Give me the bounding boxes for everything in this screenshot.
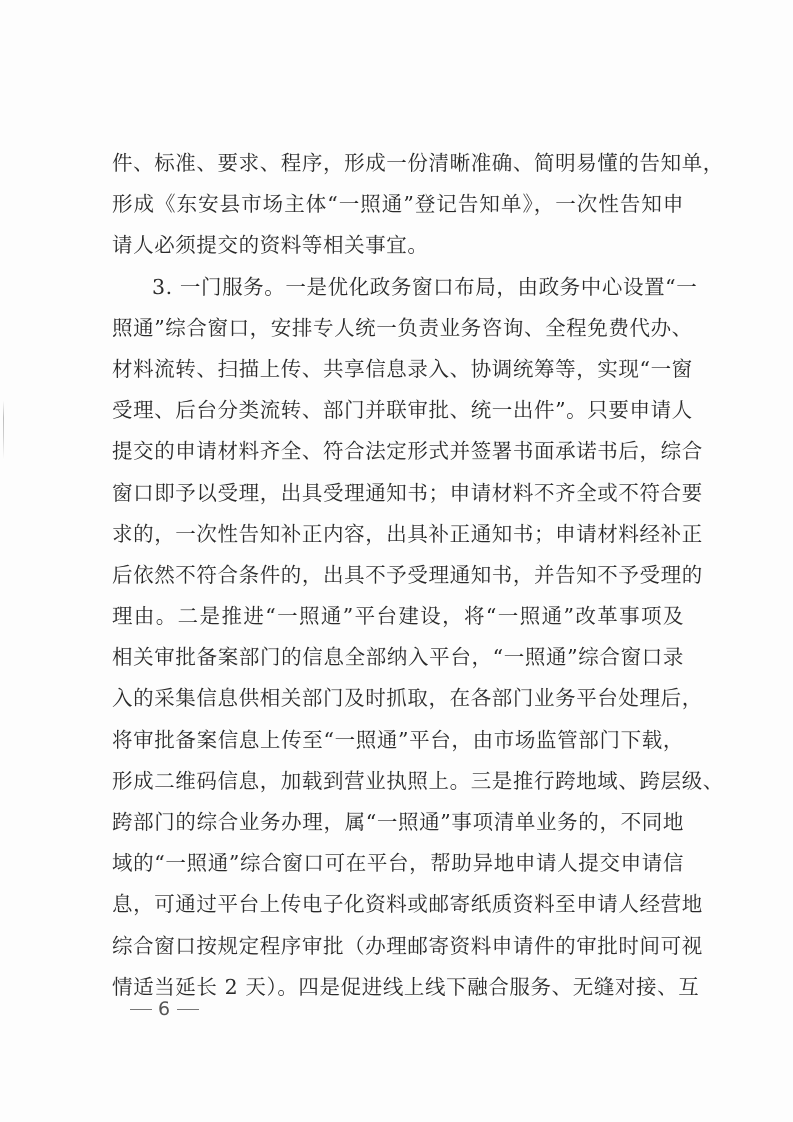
paragraph-heading-line: 3. 一门服务。一是优化政务窗口布局，由政务中心设置“一 <box>112 267 684 308</box>
document-page: 件、标准、要求、程序，形成一份清晰准确、简明易懂的告知单， 形成《东安县市场主体… <box>0 0 793 1122</box>
text-line: 入的采集信息供相关部门及时抓取，在各部门业务平台处理后， <box>112 678 684 719</box>
text-line: 受理、后台分类流转、部门并联审批、统一出件”。只要申请人 <box>112 390 684 431</box>
text-line: 照通”综合窗口，安排专人统一负责业务咨询、全程免费代办、 <box>112 308 684 349</box>
text-line: 综合窗口按规定程序审批（办理邮寄资料申请件的审批时间可视 <box>112 926 684 967</box>
text-line: 窗口即予以受理，出具受理通知书；申请材料不齐全或不符合要 <box>112 473 684 514</box>
text-line: 跨部门的综合业务办理，属“一照通”事项清单业务的，不同地 <box>112 802 684 843</box>
text-line: 件、标准、要求、程序，形成一份清晰准确、简明易懂的告知单， <box>112 143 684 184</box>
scan-margin-mark <box>3 400 4 460</box>
text-line: 材料流转、扫描上传、共享信息录入、协调统筹等，实现“一窗 <box>112 349 684 390</box>
text-line: 形成《东安县市场主体“一照通”登记告知单》，一次性告知申 <box>112 184 684 225</box>
text-line: 相关审批备案部门的信息全部纳入平台，“一照通”综合窗口录 <box>112 637 684 678</box>
text-line: 息，可通过平台上传电子化资料或邮寄纸质资料至申请人经营地 <box>112 884 684 925</box>
text-line: 提交的申请材料齐全、符合法定形式并签署书面承诺书后，综合 <box>112 431 684 472</box>
text-line: 域的“一照通”综合窗口可在平台，帮助异地申请人提交申请信 <box>112 843 684 884</box>
text-line: 后依然不符合条件的，出具不予受理通知书，并告知不予受理的 <box>112 555 684 596</box>
text-line: 请人必须提交的资料等相关事宜。 <box>112 225 684 266</box>
page-number-value: 6 <box>158 998 171 1020</box>
text-line: 理由。二是推进“一照通”平台建设，将“一照通”改革事项及 <box>112 596 684 637</box>
dash-left <box>130 1009 152 1010</box>
text-line: 求的，一次性告知补正内容，出具补正通知书；申请材料经补正 <box>112 514 684 555</box>
body-text: 件、标准、要求、程序，形成一份清晰准确、简明易懂的告知单， 形成《东安县市场主体… <box>112 143 684 1049</box>
text-line: 形成二维码信息，加载到营业执照上。三是推行跨地域、跨层级、 <box>112 761 684 802</box>
dash-right <box>177 1009 199 1010</box>
page-number: 6 <box>124 998 205 1020</box>
text-line: 将审批备案信息上传至“一照通”平台，由市场监管部门下载， <box>112 720 684 761</box>
